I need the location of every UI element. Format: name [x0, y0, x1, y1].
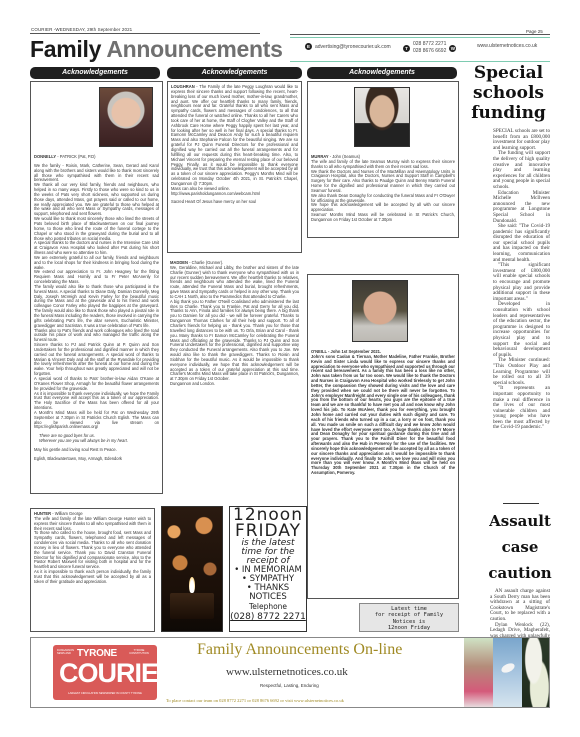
deadline-telephone: (028) 8772 2271 — [230, 612, 306, 622]
acknowledgements-bar-2: Acknowledgements — [167, 67, 302, 79]
story-para: Developed in consultation with school le… — [493, 302, 550, 358]
masthead-rule — [30, 33, 260, 34]
title-family: Family — [30, 36, 101, 62]
headline-line: Special — [467, 63, 550, 83]
donnelly-para: We are extremely grateful to all our fam… — [34, 256, 159, 271]
candle-image — [161, 506, 223, 632]
tyrone-courier-logo: DUNGANNON NEWS AND TYRONE TYRONE CONSTIT… — [53, 645, 157, 700]
web-icon: W — [449, 45, 456, 52]
candle-flame — [189, 577, 195, 593]
donnelly-para: Sincere thanks to PJ and Patrick Quinn a… — [34, 343, 159, 377]
headline-line: caution — [487, 560, 553, 586]
dove-icon — [500, 661, 516, 674]
family-announcements-online-banner[interactable]: DUNGANNON NEWS AND TYRONE TYRONE CONSTIT… — [30, 637, 550, 708]
banner-tagline: Respectful, Lasting, Enduring — [260, 683, 319, 688]
donnelly-para: We thank all our very kind family, frien… — [34, 183, 159, 217]
top-rule-accent — [290, 37, 550, 38]
notice-madden: MADDEN - Charlie (Gunner). We, Geraldine… — [167, 258, 302, 501]
banner-photo-lilies — [522, 638, 550, 708]
story-para: "This significant investment of £800,000… — [493, 263, 550, 302]
story-para: Education Minister Michelle McIlveen ann… — [493, 191, 550, 225]
murray-photo — [354, 87, 410, 147]
website-contact[interactable]: www.ulsternetnotices.co.uk — [477, 43, 537, 49]
banner-photo-dove — [493, 638, 522, 708]
notice-oneill: O'NEILL - John 1st September 2021. John'… — [307, 274, 459, 599]
murray-text: MURRAY - John (Seamus) The wife and fami… — [311, 155, 455, 223]
loughran-text: LOUGHRAN - The Family of the late Peggy … — [171, 85, 298, 205]
notice-hunter: HUNTER - William George The wife and fam… — [30, 508, 155, 632]
phone-1: 028 8772 2271 — [413, 41, 446, 48]
email-contact[interactable]: E advertising@tyronecourier.uk.com — [305, 43, 391, 50]
deadline-day: FRIDAY — [230, 523, 306, 539]
phone-icon: T — [403, 45, 410, 52]
donnelly-para: The family would also like to thank thos… — [34, 285, 159, 329]
hunter-para: As it is impossible to thank each person… — [34, 570, 151, 585]
oneill-photo — [352, 280, 408, 342]
donnelly-subtitle: - PATRICK (Pat, P.D) — [56, 154, 95, 159]
notice-murray: MURRAY - John (Seamus) The wife and fami… — [307, 81, 459, 238]
story-para: The Minister continued: "This Outdoor Pl… — [493, 358, 550, 386]
title-announcements: Announcements — [106, 36, 282, 62]
murray-para: Seamus' Months Mind Mass will be celebra… — [311, 213, 455, 223]
page-title: Family Announcements — [30, 36, 283, 63]
acknowledgements-bar-1: Acknowledgements — [30, 67, 160, 79]
latest-time-box: Latest time for receipt of Family Notice… — [359, 603, 459, 632]
donnelly-para: As it is impossible to thank everyone in… — [34, 392, 159, 411]
website-link[interactable]: www.ulsternetnotices.co.uk — [477, 43, 537, 49]
donnelly-photo — [99, 87, 153, 147]
donnelly-para: We the family - Roisin, Mark, Catherine,… — [34, 164, 159, 183]
notice-loughran: LOUGHRAN - The Family of the late Peggy … — [167, 81, 302, 253]
murray-para: We thank the Doctors and Nurses of the M… — [311, 170, 455, 194]
notice-donnelly: DONNELLY - PATRICK (Pat, P.D) We the fam… — [30, 81, 163, 494]
logo-small-left: DUNGANNON NEWS AND — [57, 649, 75, 655]
phone-2: 028 8676 6692 — [413, 48, 446, 55]
banner-photo-family — [464, 638, 493, 708]
madden-para: We, Geraldine, Michael and Libby, the br… — [170, 266, 299, 300]
madden-para: Dungannon and London. — [170, 382, 299, 387]
donnelly-para: Thanks also to Pat's friends and work co… — [34, 329, 159, 344]
story-para: The funding will support the delivery of… — [493, 151, 550, 190]
email-icon: E — [305, 43, 312, 50]
dateline: COURIER -WEDNESDAY, 29th September 2021 — [31, 27, 132, 32]
oneill-text: O'NEILL - John 1st September 2021. John'… — [311, 350, 455, 476]
headline-line: schools — [467, 83, 550, 103]
story-special-schools: SPECIAL schools are set to benefit from … — [493, 129, 550, 431]
madden-text: MADDEN - Charlie (Gunner). We, Geraldine… — [170, 261, 299, 387]
deadline-telephone-label: Telephone — [230, 602, 306, 612]
candle-body — [170, 593, 214, 619]
donnelly-verse-2: Wherever you are you will always be in m… — [39, 438, 128, 443]
donnelly-para: We extend our appreciation to Fr. John H… — [34, 270, 159, 285]
logo-small-right: TYRONE CONSTITUTION — [125, 649, 153, 655]
donnelly-para: We would like to thank most sincerely th… — [34, 217, 159, 241]
story-para: SPECIAL schools are set to benefit from … — [493, 129, 550, 151]
story-para: She said: "The Covid-19 pandemic has sig… — [493, 224, 550, 263]
logo-tagline: LARGEST CIRCULATION NEWSPAPER IN COUNTY … — [57, 692, 153, 695]
headline-line: Assault — [487, 508, 553, 534]
donnelly-places: Eglish, Blackwatertown, Moy, Armagh, Ede… — [34, 457, 159, 462]
phone-contact: T 028 8772 2271 028 8676 6692 W — [403, 41, 456, 55]
donnelly-para: A special word of thanks to Pats' brothe… — [34, 377, 159, 392]
banner-url[interactable]: www.ulsternetnotices.co.uk — [226, 666, 348, 678]
headline-assault-case: Assault case caution — [487, 508, 553, 586]
story-para: "It represents an important opportunity … — [493, 386, 550, 431]
story-para: AN assault charge against a South Derry … — [490, 589, 550, 623]
banner-contact: To place contact our team on 028 8772 22… — [166, 698, 344, 703]
donnelly-text: DONNELLY - PATRICK (Pat, P.D) We the fam… — [34, 155, 159, 462]
story-divider — [503, 503, 539, 504]
acknowledgements-bar-3: Acknowledgements — [307, 67, 457, 79]
headline-line: case — [487, 534, 553, 560]
donnelly-para: A Month's Mind Mass will be held for Pat… — [34, 411, 159, 430]
loughran-para: Sacred Heart Of Jesus have mercy on her … — [171, 200, 298, 205]
deadline-item: NOTICES — [230, 593, 306, 602]
hunter-para: To those who called to the house, brough… — [34, 531, 151, 570]
hunter-text: HUNTER - William George The wife and fam… — [34, 512, 151, 585]
oneill-body: John's sons Caolan & Tiernan, Mother Mad… — [311, 355, 455, 476]
deadline-ad: 12noon FRIDAY is the latest time for the… — [229, 506, 307, 632]
latest-line: 12noon Friday — [360, 625, 458, 631]
headline-special-schools: Special schools funding — [467, 63, 550, 123]
logo-courier: COURIER — [59, 659, 151, 687]
hunter-para: The wife and family of the late William … — [34, 517, 151, 532]
loughran-para: - The Family of the late Peggy Loughran … — [171, 84, 298, 186]
madden-para: A big thank you to Father O'Neill Coalis… — [170, 300, 299, 382]
top-rule — [290, 34, 550, 35]
donnelly-para: A special thanks to the doctors and nurs… — [34, 241, 159, 256]
headline-line: funding — [467, 103, 550, 123]
banner-title: Family Announcements On-line — [197, 641, 402, 659]
bottom-rule-accent — [290, 61, 550, 62]
email-address[interactable]: advertising@tyronecourier.uk.com — [315, 44, 391, 50]
donnelly-name: DONNELLY — [34, 154, 56, 159]
